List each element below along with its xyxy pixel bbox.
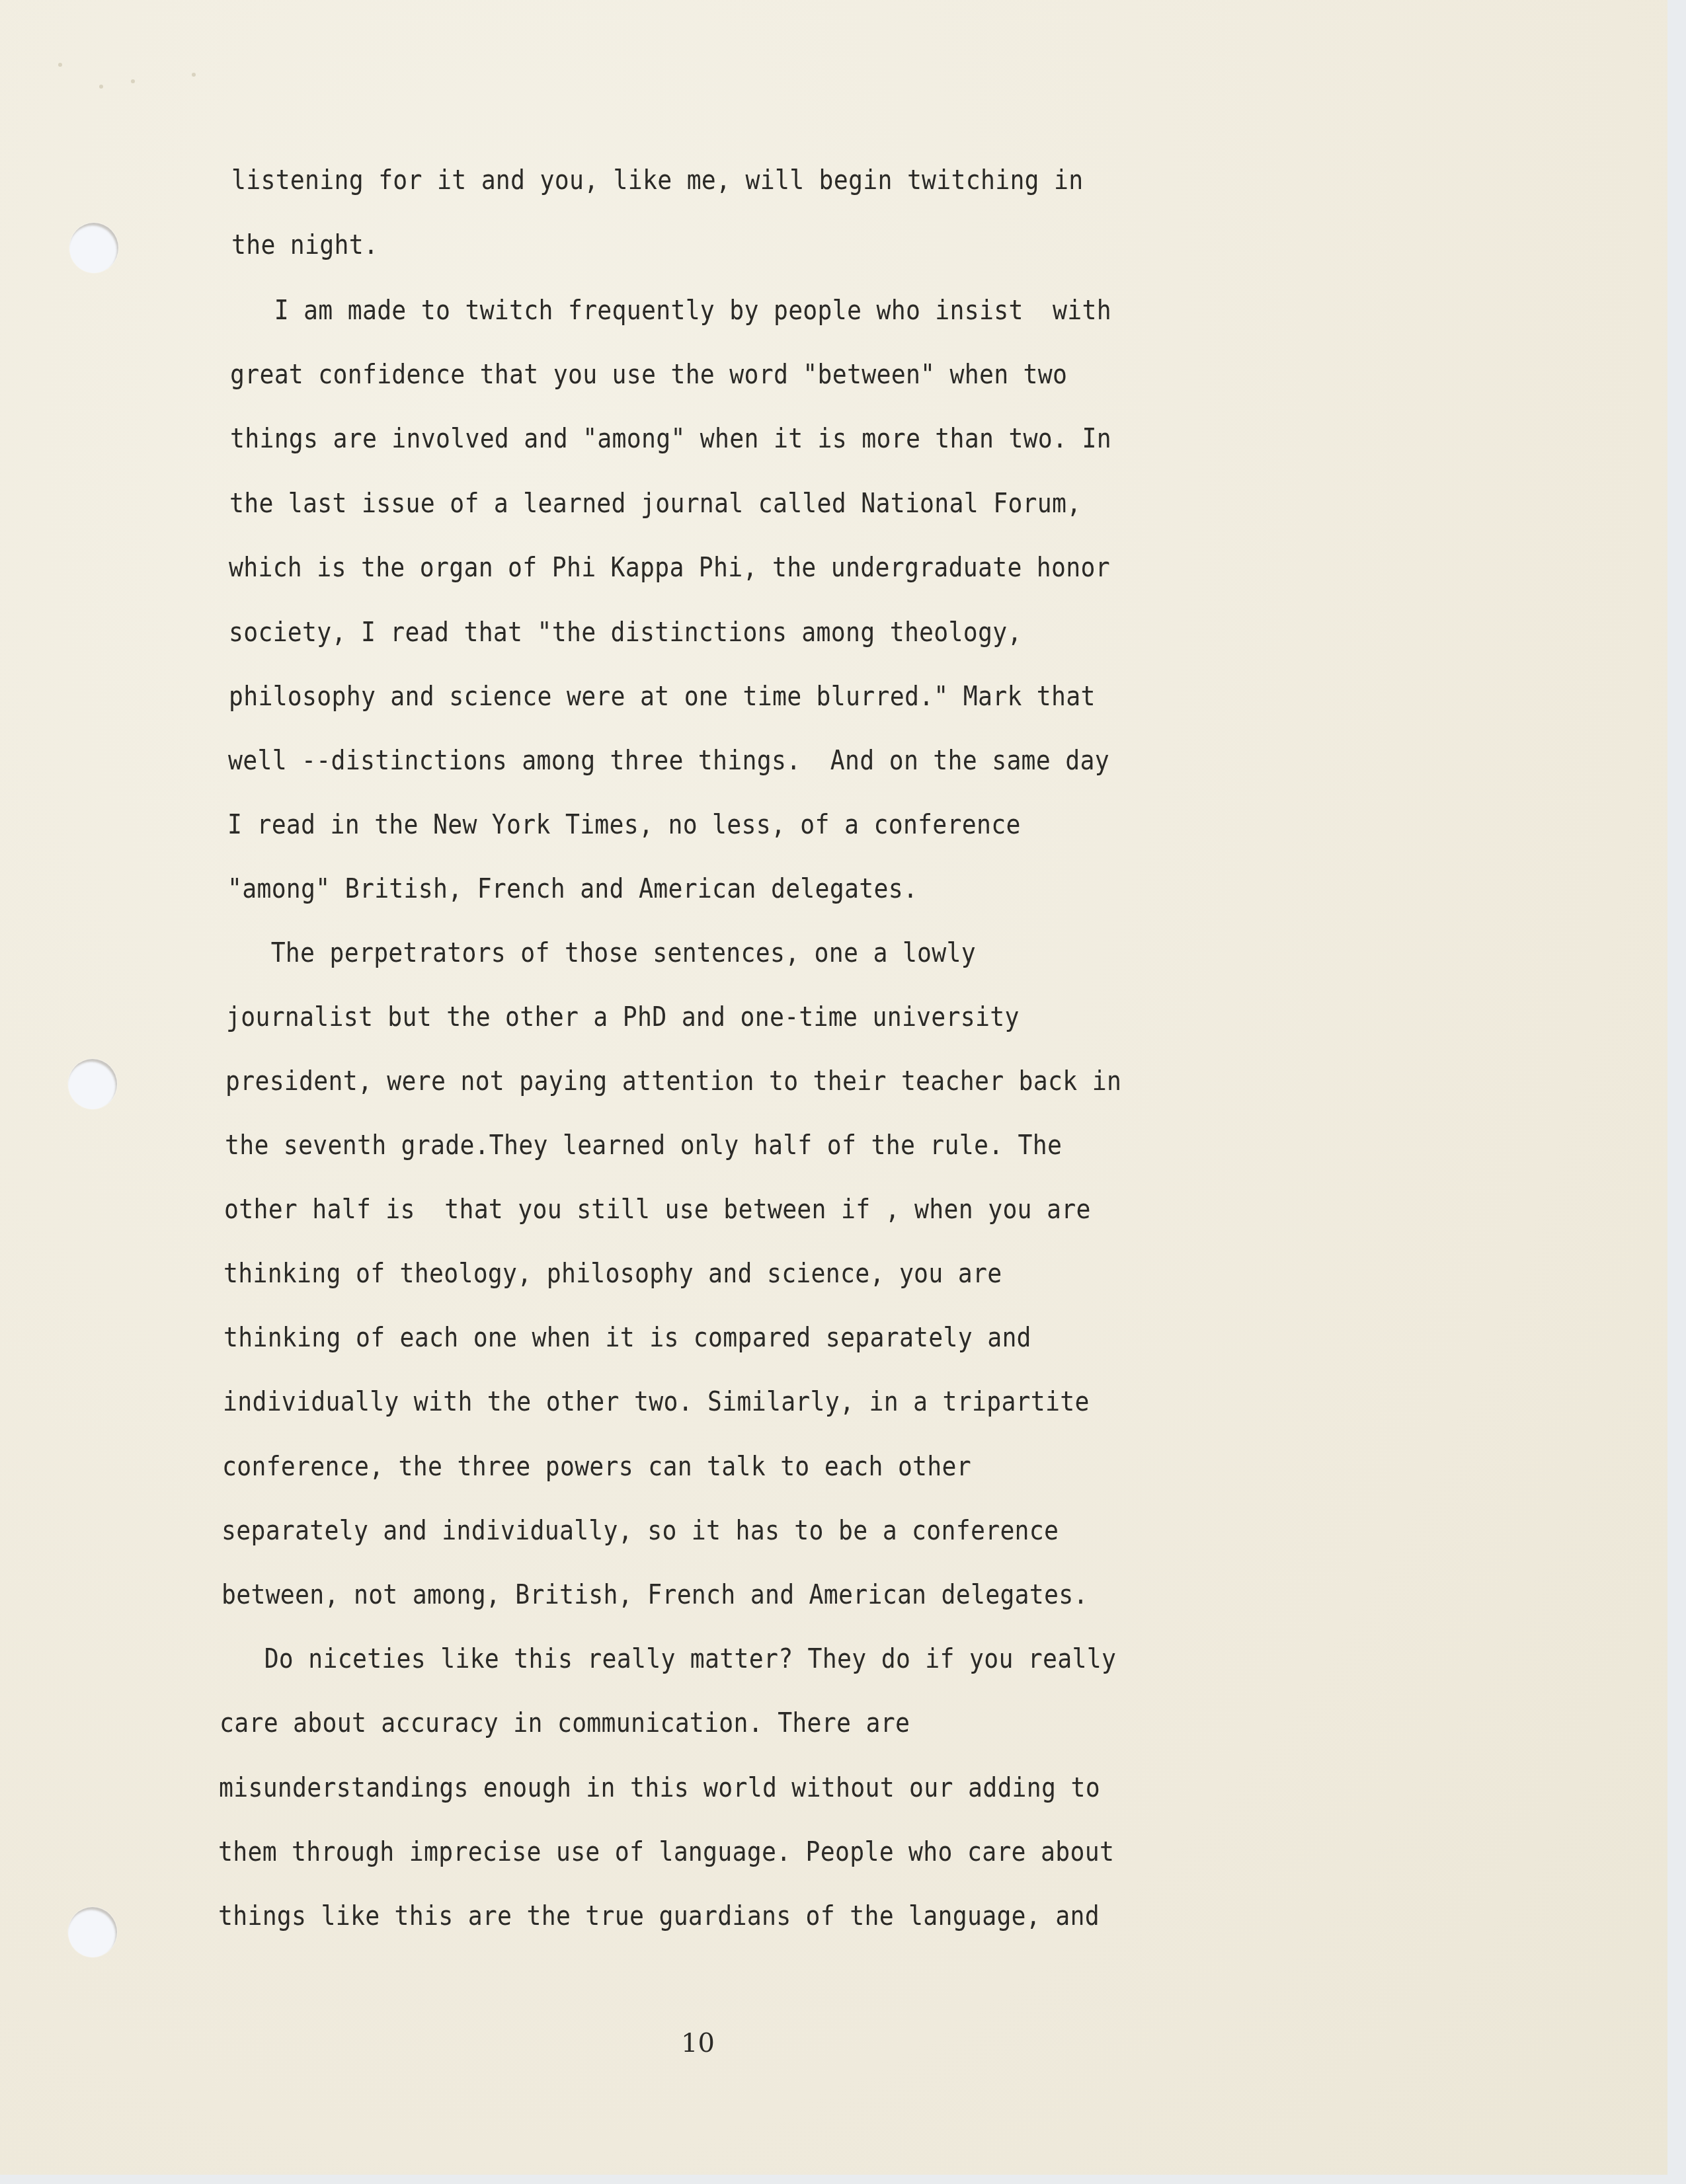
text-line: between, not among, British, French and …	[221, 1581, 1088, 1608]
text-line: president, were not paying attention to …	[225, 1068, 1121, 1095]
text-line: the last issue of a learned journal call…	[229, 490, 1081, 517]
paper-speck	[58, 63, 62, 67]
text-line: thinking of theology, philosophy and sci…	[223, 1260, 1002, 1287]
text-line: I read in the New York Times, no less, o…	[227, 811, 1021, 838]
document-page: listening for it and you, like me, will …	[0, 0, 1667, 2175]
text-line: journalist but the other a PhD and one-t…	[226, 1003, 1020, 1031]
paper-speck	[99, 85, 103, 89]
text-line: "among" British, French and American del…	[227, 875, 918, 902]
punch-hole-bottom	[68, 1907, 117, 1957]
text-line: conference, the three powers can talk to…	[222, 1453, 971, 1480]
text-line: individually with the other two. Similar…	[223, 1388, 1090, 1415]
text-line: listening for it and you, like me, will …	[231, 167, 1083, 194]
text-line: things are involved and "among" when it …	[230, 425, 1111, 452]
text-line: thinking of each one when it is compared…	[223, 1324, 1031, 1351]
text-line: other half is that you still use between…	[224, 1196, 1091, 1223]
punch-hole-top	[69, 223, 118, 273]
text-line: I am made to twitch frequently by people…	[230, 297, 1111, 324]
text-line: philosophy and science were at one time …	[229, 683, 1096, 710]
punch-hole-middle	[68, 1059, 117, 1109]
text-line: great confidence that you use the word "…	[230, 361, 1067, 388]
text-line: the seventh grade.They learned only half…	[225, 1132, 1062, 1159]
page-number: 10	[681, 2028, 715, 2058]
text-line: separately and individually, so it has t…	[221, 1517, 1059, 1544]
text-line: care about accuracy in communication. Th…	[220, 1709, 910, 1736]
text-line: them through imprecise use of language. …	[218, 1838, 1114, 1865]
text-line: things like this are the true guardians …	[218, 1902, 1100, 1930]
text-line: society, I read that "the distinctions a…	[229, 619, 1022, 646]
text-line: Do niceties like this really matter? The…	[220, 1645, 1116, 1672]
text-line: misunderstandings enough in this world w…	[219, 1774, 1100, 1801]
paper-speck	[131, 79, 135, 83]
text-line: which is the organ of Phi Kappa Phi, the…	[229, 554, 1110, 581]
text-line: well --distinctions among three things. …	[228, 747, 1109, 774]
text-line: the night.	[231, 231, 378, 258]
paper-speck	[192, 73, 196, 77]
text-line: The perpetrators of those sentences, one…	[227, 939, 976, 966]
